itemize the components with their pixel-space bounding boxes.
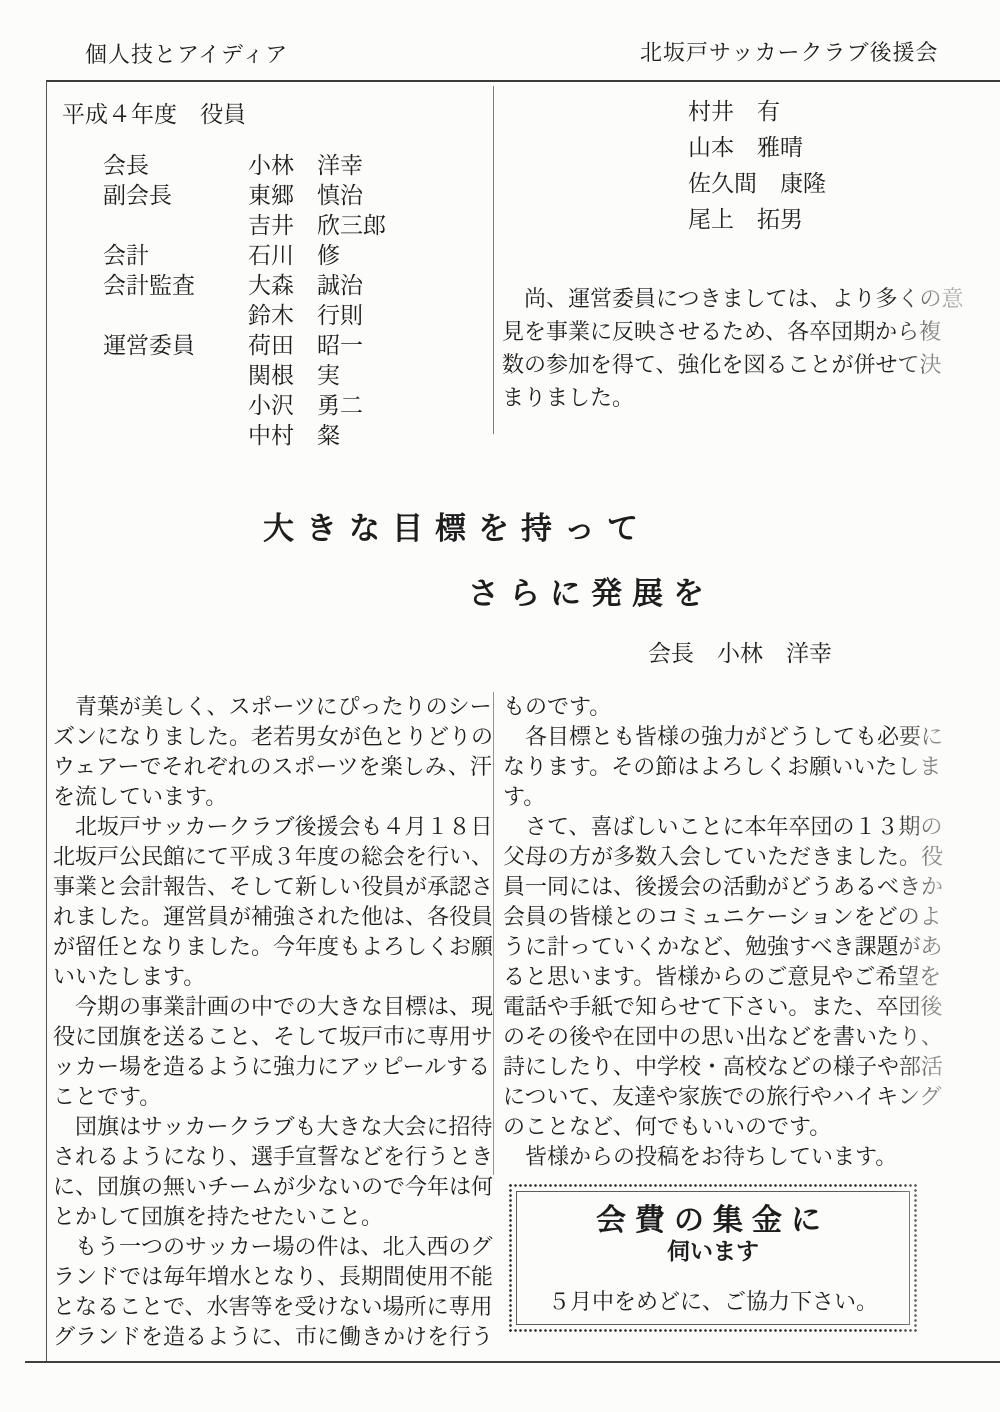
newsletter-page: 個人技とアイディア 北坂戸サッカークラブ後援会 平成４年度 役員 会長小林 洋幸…: [0, 0, 1000, 1412]
text-line: ズンになりました。老若男女が色とりどりの: [53, 722, 493, 752]
officer-row: 会長小林 洋幸: [103, 151, 386, 181]
text-line: 電話や手紙で知らせて下さい。また、卒団後: [503, 992, 943, 1022]
text-line: さて、喜ばしいことに本年卒団の１３期の: [503, 812, 943, 842]
officer-row: 会計石川 修: [103, 241, 386, 271]
text-line: れました。運営員が補強された他は、各役員: [53, 902, 493, 932]
officer-row: 副会長東郷 慎治: [103, 181, 386, 211]
officer-role: 会長: [103, 151, 248, 181]
text-line: ウェアーでそれぞれのスポーツを楽しみ、汗: [53, 752, 493, 782]
officer-row: 中村 粲: [103, 421, 386, 451]
committee-name: 佐久間 康隆: [688, 166, 826, 202]
text-line: に、団旗の無いチームが少ないので今年は何: [53, 1172, 493, 1202]
text-line: 団旗はサッカークラブも大きな大会に招待: [53, 1112, 493, 1142]
officer-name: 吉井 欣三郎: [248, 211, 386, 241]
text-line: ッカー場を造るように強力にアッピールする: [53, 1052, 493, 1082]
text-line: 父母の方が多数入会していただきました。役: [503, 842, 943, 872]
officers-section-title: 平成４年度 役員: [62, 96, 246, 129]
fee-collection-notice-box: 会費の集金に 伺います ５月中をめどに、ご協力下さい。: [508, 1183, 918, 1333]
officer-name: 大森 誠治: [248, 271, 363, 301]
note-line: 尚、運営委員につきましては、より多くの意: [502, 282, 964, 315]
note-line: まりました。: [502, 381, 964, 414]
text-line: ことです。: [53, 1082, 493, 1112]
text-line: なります。その節はよろしくお願いいたしま: [503, 752, 943, 782]
note-line: 見を事業に反映させるため、各卒団期から複: [502, 315, 964, 348]
text-line: のその後や在団中の思い出などを書いたり、: [503, 1022, 943, 1052]
article-title-line1: 大きな目標を持って: [263, 503, 650, 548]
officer-role: 会計: [103, 241, 248, 271]
officer-name: 石川 修: [248, 241, 340, 271]
text-line: が留任となりました。今年度もよろしくお願: [53, 932, 493, 962]
text-line: 皆様からの投稿をお待ちしています。: [503, 1142, 943, 1172]
text-line: 詩にしたり、中学校・高校などの様子や部活: [503, 1052, 943, 1082]
text-line: ものです。: [503, 692, 943, 722]
officer-row: 吉井 欣三郎: [103, 211, 386, 241]
note-line: 数の参加を得て、強化を図ることが併せて決: [502, 348, 964, 381]
text-line: とかして団旗を持たせたいこと。: [53, 1202, 493, 1232]
text-line: を流しています。: [53, 782, 493, 812]
text-line: ると思います。皆様からのご意見やご希望を: [503, 962, 943, 992]
text-line: 役に団旗を送ること、そして坂戸市に専用サ: [53, 1022, 493, 1052]
committee-name: 村井 有: [688, 94, 826, 130]
text-line: 今期の事業計画の中での大きな目標は、現: [53, 992, 493, 1022]
officer-name: 東郷 慎治: [248, 181, 363, 211]
text-line: について、友達や家族での旅行やハイキング: [503, 1082, 943, 1112]
officer-row: 会計監査大森 誠治: [103, 271, 386, 301]
article-column-left: 青葉が美しく、スポーツにぴったりのシーズンになりました。老若男女が色とりどりのウ…: [53, 692, 493, 1352]
officer-row: 小沢 勇二: [103, 391, 386, 421]
text-line: ランドでは毎年増水となり、長期間使用不能: [53, 1262, 493, 1292]
officer-name: 小林 洋幸: [248, 151, 363, 181]
officer-role: 副会長: [103, 181, 248, 211]
bottom-rule: [25, 1361, 1000, 1363]
text-line: のことなど、何でもいいのです。: [503, 1112, 943, 1142]
officers-note: 尚、運営委員につきましては、より多くの意見を事業に反映させるため、各卒団期から複…: [502, 282, 964, 414]
column-divider-body: [493, 692, 494, 1175]
text-line: 青葉が美しく、スポーツにぴったりのシー: [53, 692, 493, 722]
text-line: うに計っていくかなど、勉強すべき課題があ: [503, 932, 943, 962]
decorative-lace-border-top: [508, 1183, 918, 1188]
text-line: 員一同には、後援会の活動がどうあるべきか: [503, 872, 943, 902]
article-byline: 会長 小林 洋幸: [648, 635, 832, 668]
officer-name: 中村 粲: [248, 421, 340, 451]
text-line: いいたします。: [53, 962, 493, 992]
officer-name: 小沢 勇二: [248, 391, 363, 421]
officer-name: 鈴木 行則: [248, 301, 363, 331]
officer-row: 運営委員荷田 昭一: [103, 331, 386, 361]
officer-role: 運営委員: [103, 331, 248, 361]
page-header-left: 個人技とアイディア: [85, 38, 288, 69]
officer-row: 鈴木 行則: [103, 301, 386, 331]
text-line: となることで、水害等を受けない場所に専用: [53, 1292, 493, 1322]
decorative-lace-border-bottom: [508, 1328, 918, 1333]
text-line: 北坂戸公民館にて平成３年度の総会を行い、: [53, 842, 493, 872]
text-line: す。: [503, 782, 943, 812]
page-header-right: 北坂戸サッカークラブ後援会: [640, 36, 939, 67]
article-column-right: ものです。 各目標とも皆様の強力がどうしても必要になります。その節はよろしくお願…: [503, 692, 943, 1172]
officers-list: 会長小林 洋幸副会長東郷 慎治吉井 欣三郎会計石川 修会計監査大森 誠治鈴木 行…: [103, 151, 386, 451]
committee-name: 山本 雅晴: [688, 130, 826, 166]
officer-role: 会計監査: [103, 271, 248, 301]
column-divider-top: [493, 86, 494, 434]
text-line: されるようになり、選手宣誓などを行うとき: [53, 1142, 493, 1172]
text-line: 会員の皆様とのコミュニケーションをどのよ: [503, 902, 943, 932]
text-line: 事業と会計報告、そして新しい役員が承認さ: [53, 872, 493, 902]
text-line: グランドを造るように、市に働きかけを行う: [53, 1322, 493, 1352]
committee-names-list: 村井 有山本 雅晴佐久間 康隆尾上 拓男: [688, 94, 826, 238]
text-line: 各目標とも皆様の強力がどうしても必要に: [503, 722, 943, 752]
text-line: 北坂戸サッカークラブ後援会も４月１８日: [53, 812, 493, 842]
text-line: もう一つのサッカー場の件は、北入西のグ: [53, 1232, 493, 1262]
officer-name: 関根 実: [248, 361, 340, 391]
officer-name: 荷田 昭一: [248, 331, 363, 361]
notice-subheading: 伺います: [508, 1233, 918, 1266]
committee-name: 尾上 拓男: [688, 202, 826, 238]
officer-row: 関根 実: [103, 361, 386, 391]
article-title-line2: さらに発展を: [468, 568, 714, 613]
notice-deadline: ５月中をめどに、ご協力下さい。: [508, 1285, 918, 1316]
